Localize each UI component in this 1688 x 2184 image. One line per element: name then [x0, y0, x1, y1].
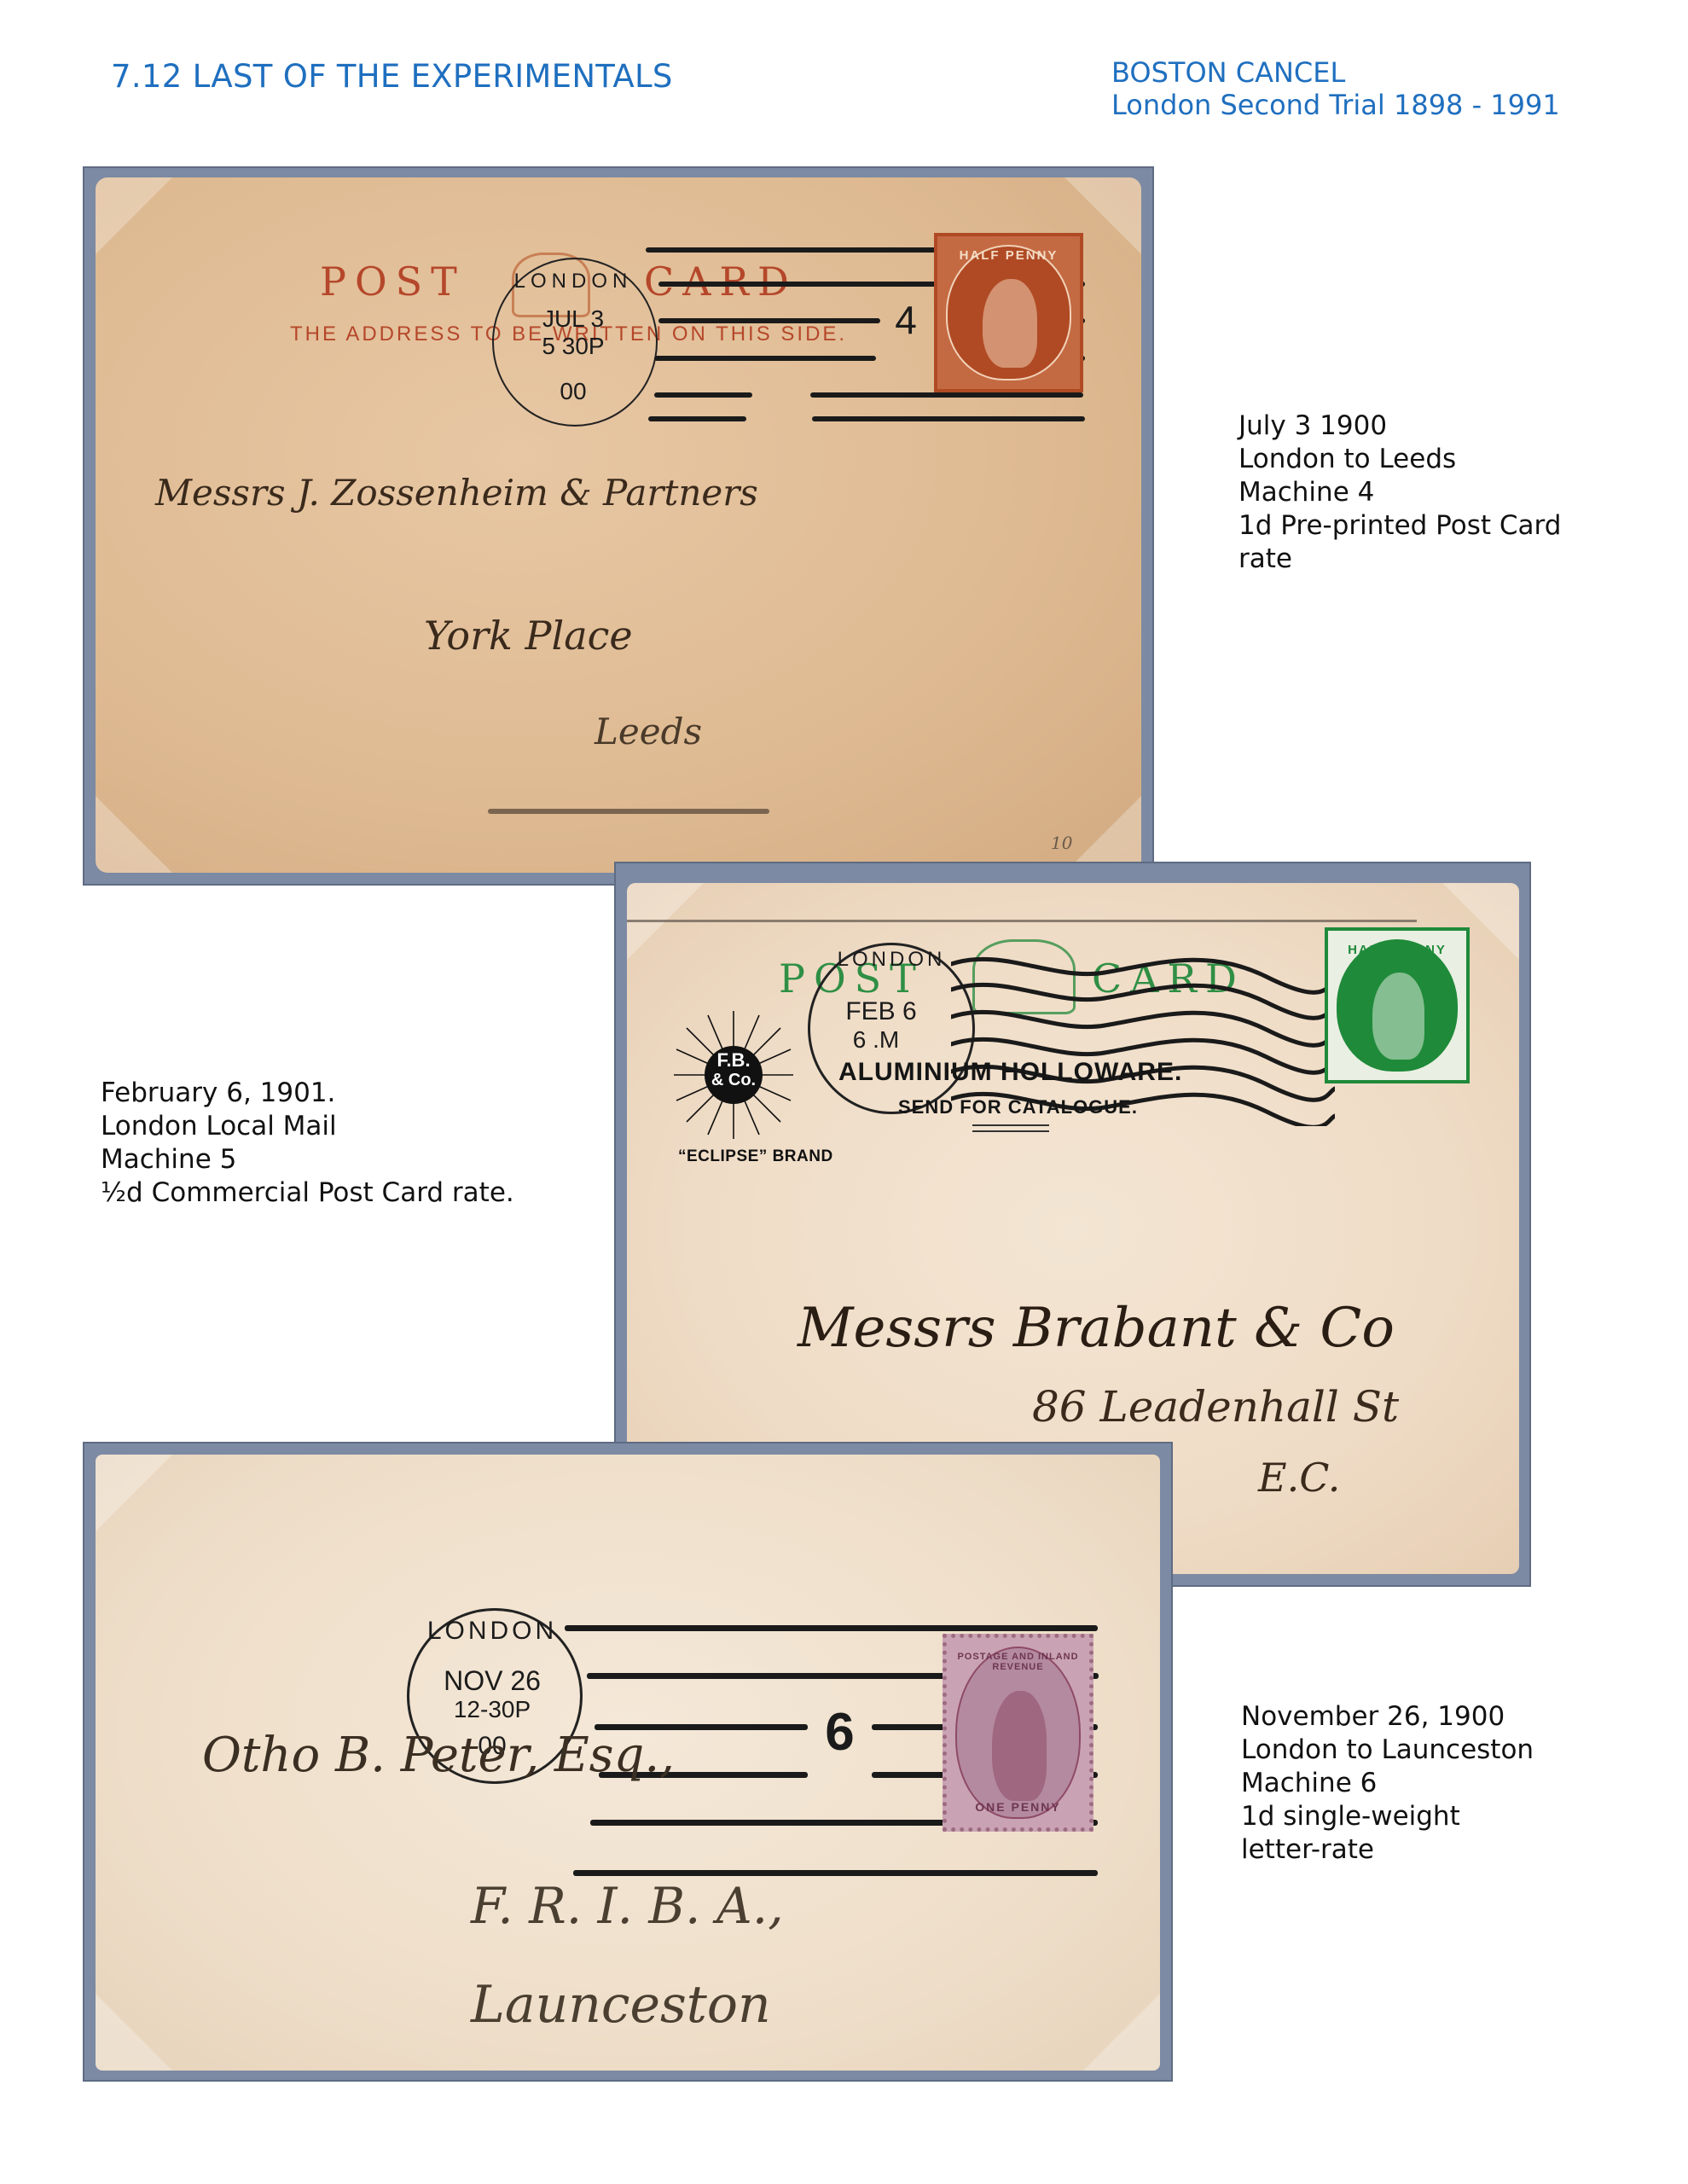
caption-line: 1d Pre-printed Post Card	[1238, 509, 1561, 543]
address-line-2: F. R. I. B. A.,	[471, 1877, 784, 1935]
queen-victoria-portrait-icon	[983, 279, 1036, 368]
queen-victoria-portrait-icon	[1372, 973, 1425, 1060]
stamp-one-penny-lilac: POSTAGE AND INLAND REVENUE ONE PENNY	[943, 1634, 1093, 1832]
postmark-year: 00	[505, 378, 641, 405]
caption-line: London Local Mail	[101, 1110, 514, 1143]
pencil-mark: 10	[1051, 833, 1072, 853]
address-line-2: 86 Leadenhall St	[1032, 1382, 1399, 1432]
cancel-bar	[573, 1870, 1098, 1876]
brand-name: “ECLIPSE” BRAND	[678, 1147, 833, 1166]
underline-flourish	[488, 809, 769, 814]
caption-line: ½d Commercial Post Card rate.	[101, 1176, 514, 1210]
cancel-bar	[658, 318, 880, 323]
caption-line: London to Launceston	[1241, 1734, 1534, 1767]
caption-line: July 3 1900	[1238, 409, 1561, 443]
caption-line: London to Leeds	[1238, 443, 1561, 476]
album-mount-3: LONDON NOV 26 12-30P 00 6 POSTAGE AND IN…	[83, 1442, 1173, 2082]
album-mount-1: POST CARD THE ADDRESS TO BE WRITTEN ON T…	[83, 166, 1154, 886]
cover-november-1900: LONDON NOV 26 12-30P 00 6 POSTAGE AND IN…	[96, 1455, 1160, 2071]
cancel-bar	[648, 416, 746, 421]
postmark-time: 6 .M	[816, 1026, 936, 1054]
card-top-rule	[627, 920, 1417, 922]
postmark-date: NOV 26	[420, 1665, 565, 1697]
topic-heading: BOSTON CANCEL	[1111, 56, 1560, 89]
post-card-title-left: POST	[320, 258, 466, 305]
caption-line: Machine 5	[101, 1143, 514, 1176]
caption-line: 1d single-weight	[1241, 1800, 1534, 1833]
caption-line: letter-rate	[1241, 1833, 1534, 1867]
caption-line: February 6, 1901.	[101, 1077, 514, 1110]
machine-number: 4	[880, 297, 931, 343]
photo-corner	[96, 177, 172, 254]
section-title: 7.12 LAST OF THE EXPERIMENTALS	[111, 58, 673, 95]
photo-corner	[96, 1994, 172, 2071]
address-line-1: Otho B. Peter, Esq.,	[202, 1728, 675, 1783]
advert-subline: SEND FOR CATALOGUE.	[898, 1096, 1138, 1118]
logo-text-co: & Co.	[708, 1071, 759, 1090]
caption-item-3: November 26, 1900 London to Launceston M…	[1241, 1700, 1534, 1867]
caption-item-1: July 3 1900 London to Leeds Machine 4 1d…	[1238, 409, 1561, 576]
postmark-time: 12-30P	[420, 1696, 565, 1723]
caption-line: Machine 6	[1241, 1767, 1534, 1800]
topic-subtitle: London Second Trial 1898 - 1991	[1111, 89, 1560, 121]
cancel-bar	[810, 392, 1083, 398]
postmark-town: LONDON	[505, 270, 641, 293]
caption-line: rate	[1238, 543, 1561, 576]
logo-text-fb: F.B.	[708, 1049, 759, 1072]
postmark-town: LONDON	[420, 1617, 565, 1646]
caption-item-2: February 6, 1901. London Local Mail Mach…	[101, 1077, 514, 1210]
address-line-3: E.C.	[1258, 1455, 1340, 1501]
caption-line: Machine 4	[1238, 476, 1561, 509]
address-line-3: Leeds	[595, 711, 702, 752]
advert-double-rule	[972, 1124, 1049, 1132]
address-line-4: Cornwall.	[616, 2069, 858, 2071]
page-topic: BOSTON CANCEL London Second Trial 1898 -…	[1111, 56, 1560, 121]
postmark-date: JUL 3	[505, 305, 641, 333]
address-line-3: Launceston	[471, 1975, 771, 2035]
postmark-time: 5 30P	[505, 333, 641, 360]
stamp-half-penny-red: HALF PENNY	[934, 233, 1083, 392]
caption-line: November 26, 1900	[1241, 1700, 1534, 1734]
cancel-bar	[654, 392, 752, 398]
cancel-bar	[654, 356, 876, 361]
address-line-1: Messrs J. Zossenheim & Partners	[155, 472, 758, 514]
cancel-bar	[565, 1625, 1098, 1631]
postmark-town: LONDON	[832, 948, 951, 972]
cancel-bar	[812, 416, 1085, 421]
advert-headline: ALUMINIUM HOLLOWARE.	[838, 1058, 1182, 1087]
photo-corner	[96, 796, 172, 873]
address-line-2: York Place	[424, 613, 633, 659]
stamp-half-penny-green: HALF PENNY	[1325, 927, 1470, 1083]
address-line-1: Messrs Brabant & Co	[798, 1297, 1395, 1360]
photo-corner	[96, 1455, 172, 1531]
postcard-july-1900: POST CARD THE ADDRESS TO BE WRITTEN ON T…	[96, 177, 1141, 873]
queen-victoria-portrait-icon	[992, 1691, 1046, 1801]
machine-number: 6	[808, 1702, 872, 1763]
postmark-date: FEB 6	[821, 997, 941, 1026]
photo-corner	[1083, 1994, 1160, 2071]
